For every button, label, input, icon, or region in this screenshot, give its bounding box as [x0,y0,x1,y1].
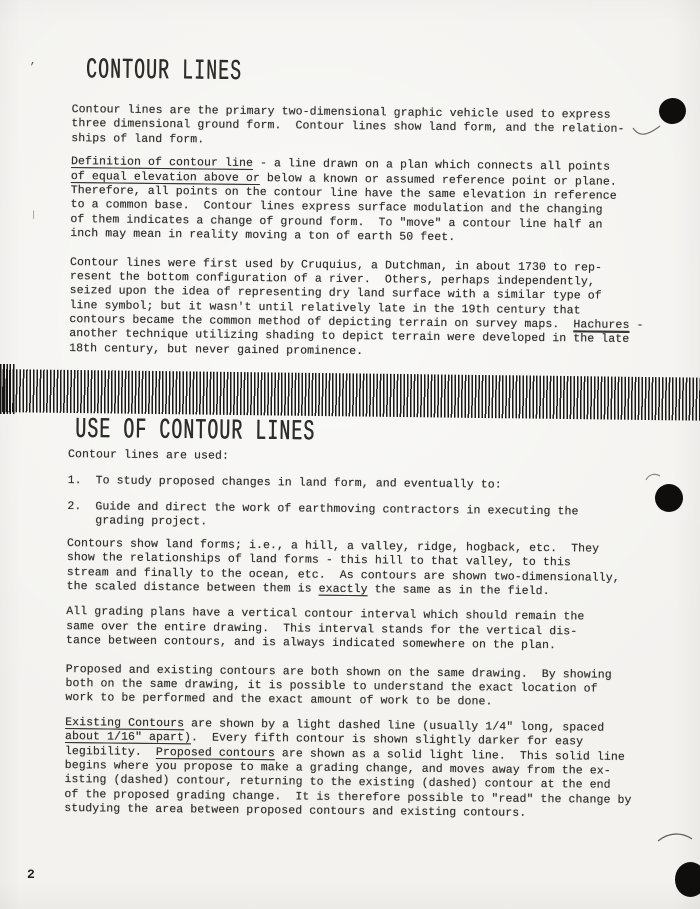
list-item-1: 1. To study proposed changes in land for… [68,474,654,495]
paragraph-contour-interval: All grading plans have a vertical contou… [66,605,652,654]
hole-punch-dot-bottom [675,862,700,897]
list-item-2: 2. Guide and direct the work of earthmov… [67,500,653,535]
section-heading-text: USE OF CONTOUR LINES [75,410,315,454]
hatched-divider-left-cap [0,364,15,414]
paragraph-line-conventions: Existing Contours are shown by a light d… [64,716,651,823]
section-heading-text: CONTOUR LINES [86,52,242,92]
paragraph-definition: Definition of contour line - a line draw… [70,155,657,247]
hatched-divider-band [0,369,700,421]
hole-punch-dot-middle [654,483,685,514]
stray-apostrophe-mark: ’ [29,62,36,74]
stray-tick-mark: | [31,210,36,220]
paragraph-intro-contour-lines: Contour lines are the primary two-dimens… [71,103,657,152]
paragraph-history: Contour lines were first used by Cruquiu… [69,256,656,363]
page-number: 2 [27,867,35,882]
scan-curve-mark-top [632,121,662,139]
scan-tick-mark-middle [645,471,661,483]
section-heading-contour-lines: CONTOUR LINES [86,60,658,90]
section-heading-use-of-contour-lines: USE OF CONTOUR LINES [75,422,654,454]
paragraph-proposed-existing: Proposed and existing contours are both … [65,663,651,712]
scan-curve-mark-bottom [656,830,694,845]
scanned-document-page: CONTOUR LINES Contour lines are the prim… [0,0,700,909]
paragraph-land-forms: Contours show land forms; i.e., a hill, … [67,537,654,601]
